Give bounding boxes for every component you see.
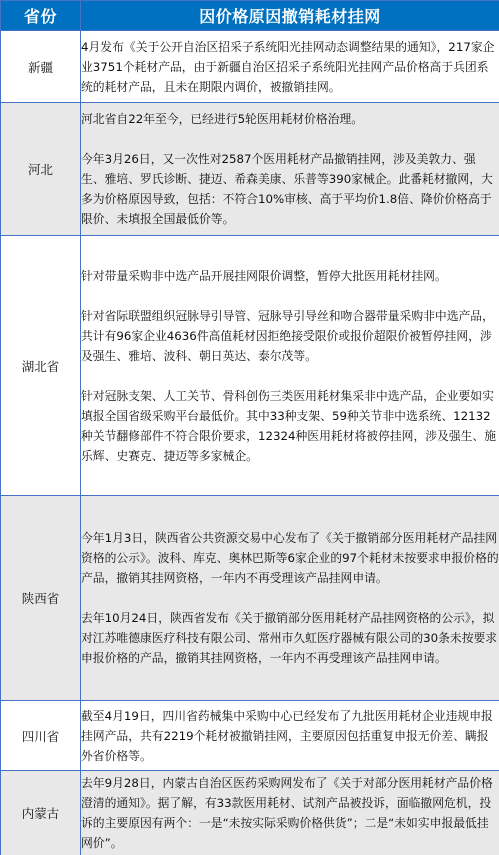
province-cell: 四川省: [1, 701, 81, 771]
province-cell: 陕西省: [1, 496, 81, 701]
reason-paragraph: 截至4月19日，四川省药械集中采购中心已经发布了九批医用耗材企业违规申报挂网产品…: [81, 706, 499, 766]
reason-paragraph: 去年9月28日，内蒙古自治区医药采购网发布了《关于对部分医用耗材产品价格澄清的通…: [81, 773, 499, 853]
reason-cell: 河北省自22年至今，已经进行5轮医用耗材价格治理。 今年3月26日，又一次性对2…: [81, 103, 499, 236]
reason-cell: 截至4月19日，四川省药械集中采购中心已经发布了九批医用耗材企业违规申报挂网产品…: [81, 701, 499, 771]
reason-cell: 4月发布《关于公开自治区招采子系统阳光挂网动态调整结果的通知》，217家企业37…: [81, 31, 499, 103]
reason-paragraph: 针对冠脉支架、人工关节、骨科创伤三类医用耗材集采非中选产品，企业要如实填报全国省…: [81, 386, 499, 466]
reason-cell: 去年9月28日，内蒙古自治区医药采购网发布了《关于对部分医用耗材产品价格澄清的通…: [81, 771, 499, 855]
reason-cell: 针对带量采购非中选产品开展挂网限价调整，暂停大批医用耗材挂网。 针对省际联盟组织…: [81, 236, 499, 496]
reason-paragraph: 今年3月26日，又一次性对2587个医用耗材产品撤销挂网，涉及美敦力、强生、雅培…: [81, 149, 499, 229]
header-province: 省份: [1, 1, 81, 31]
province-cell: 新疆: [1, 31, 81, 103]
province-cell: 湖北省: [1, 236, 81, 496]
table-row-hebei: 河北 河北省自22年至今，已经进行5轮医用耗材价格治理。 今年3月26日，又一次…: [1, 103, 499, 236]
reason-paragraph: 针对省际联盟组织冠脉导引导管、冠脉导引导丝和吻合器带量采购非中选产品，共计有96…: [81, 306, 499, 366]
table-row-xinjiang: 新疆 4月发布《关于公开自治区招采子系统阳光挂网动态调整结果的通知》，217家企…: [1, 31, 499, 103]
table-row-hubei: 湖北省 针对带量采购非中选产品开展挂网限价调整，暂停大批医用耗材挂网。 针对省际…: [1, 236, 499, 496]
table-row-shaanxi: 陕西省 今年1月3日，陕西省公共资源交易中心发布了《关于撤销部分医用耗材产品挂网…: [1, 496, 499, 701]
table-row-neimenggu: 内蒙古 去年9月28日，内蒙古自治区医药采购网发布了《关于对部分医用耗材产品价格…: [1, 771, 499, 855]
reason-paragraph: 4月发布《关于公开自治区招采子系统阳光挂网动态调整结果的通知》，217家企业37…: [81, 37, 499, 97]
reason-paragraph: 针对带量采购非中选产品开展挂网限价调整，暂停大批医用耗材挂网。: [81, 266, 499, 286]
province-cell: 内蒙古: [1, 771, 81, 855]
reason-cell: 今年1月3日，陕西省公共资源交易中心发布了《关于撤销部分医用耗材产品挂网资格的公…: [81, 496, 499, 701]
province-cell: 河北: [1, 103, 81, 236]
reason-paragraph: 今年1月3日，陕西省公共资源交易中心发布了《关于撤销部分医用耗材产品挂网资格的公…: [81, 528, 499, 588]
table-row-sichuan: 四川省 截至4月19日，四川省药械集中采购中心已经发布了九批医用耗材企业违规申报…: [1, 701, 499, 771]
reason-paragraph: 去年10月24日，陕西省发布《关于撤销部分医用耗材产品挂网资格的公示》，拟对江苏…: [81, 608, 499, 668]
table-header-row: 省份 因价格原因撤销耗材挂网: [1, 1, 499, 31]
header-reason: 因价格原因撤销耗材挂网: [81, 1, 499, 31]
reason-paragraph: 河北省自22年至今，已经进行5轮医用耗材价格治理。: [81, 109, 499, 129]
price-delisting-table: 省份 因价格原因撤销耗材挂网 新疆 4月发布《关于公开自治区招采子系统阳光挂网动…: [0, 0, 499, 855]
